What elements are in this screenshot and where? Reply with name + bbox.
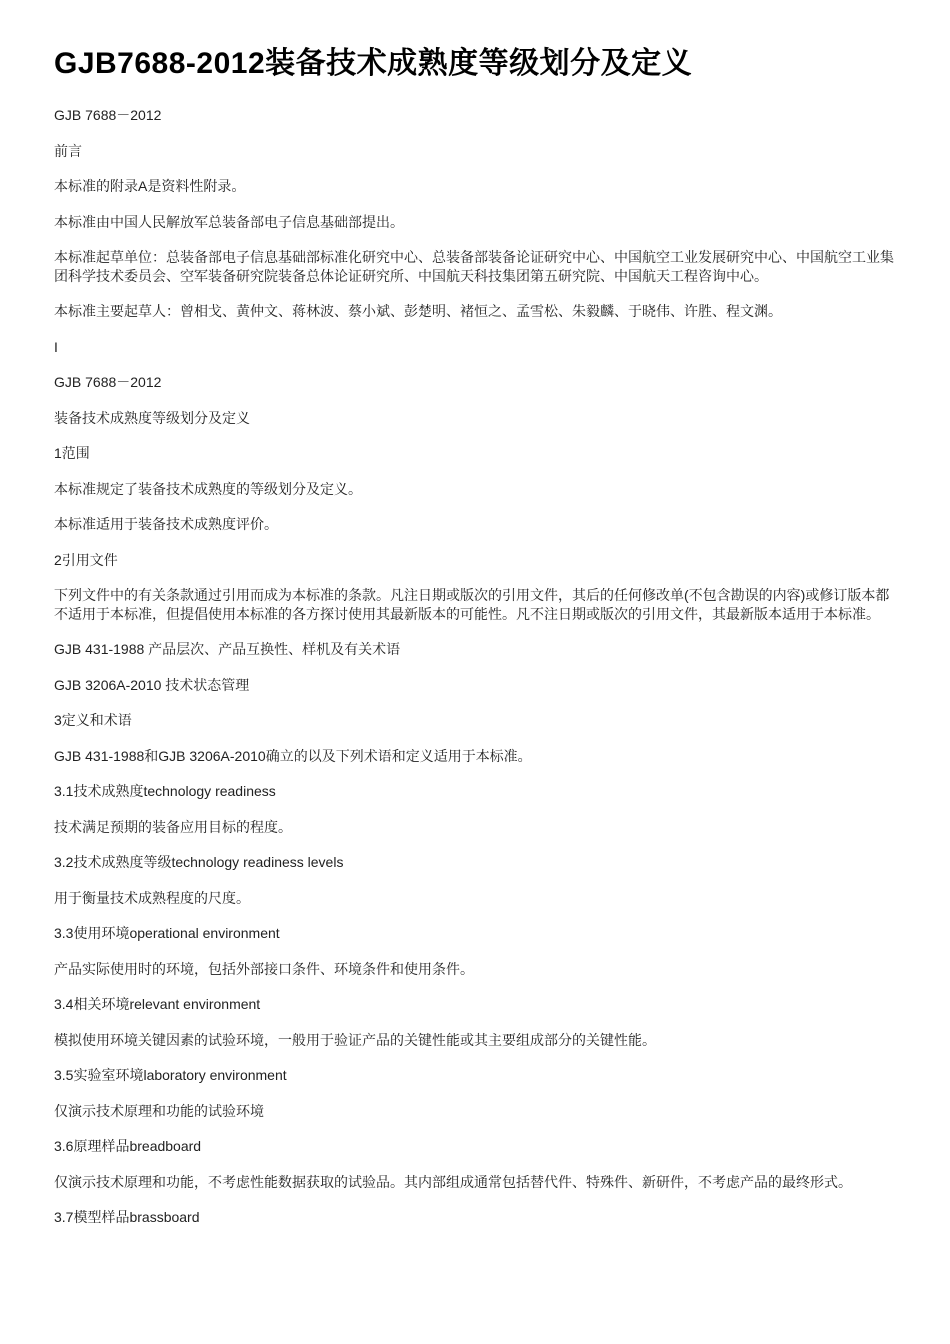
standard-name: 装备技术成熟度等级划分及定义 [54, 409, 899, 428]
section-1-content-a: 本标准规定了装备技术成熟度的等级划分及定义。 [54, 480, 899, 499]
document-title: GJB7688-2012装备技术成熟度等级划分及定义 [54, 44, 692, 84]
foreword-drafting-units: 本标准起草单位：总装备部电子信息基础部标准化研究中心、总装备部装备论证研究中心、… [54, 248, 899, 285]
section-1-heading: 1范围 [54, 444, 899, 463]
standard-number-repeat: GJB 7688－2012 [54, 373, 899, 392]
term-3-5-definition: 仅演示技术原理和功能的试验环境 [54, 1102, 899, 1121]
standard-number: GJB 7688－2012 [54, 106, 899, 125]
term-3-4-definition: 模拟使用环境关键因素的试验环境，一般用于验证产品的关键性能或其主要组成部分的关键… [54, 1031, 899, 1050]
term-3-4-heading: 3.4相关环境relevant environment [54, 995, 899, 1014]
term-3-6-definition: 仅演示技术原理和功能，不考虑性能数据获取的试验品。其内部组成通常包括替代件、特殊… [54, 1173, 899, 1192]
term-3-5-heading: 3.5实验室环境laboratory environment [54, 1066, 899, 1085]
section-1-content-b: 本标准适用于装备技术成熟度评价。 [54, 515, 899, 534]
section-2-heading: 2引用文件 [54, 551, 899, 570]
page-number-roman: I [54, 338, 899, 357]
section-3-heading: 3定义和术语 [54, 711, 899, 730]
section-2-content: 下列文件中的有关条款通过引用而成为本标准的条款。凡注日期或版次的引用文件，其后的… [54, 586, 899, 623]
term-3-2-definition: 用于衡量技术成熟程度的尺度。 [54, 889, 899, 908]
reference-gjb-431: GJB 431-1988 产品层次、产品互换性、样机及有关术语 [54, 640, 899, 659]
document-page: GJB7688-2012装备技术成熟度等级划分及定义 GJB 7688－2012… [0, 0, 950, 1344]
term-3-1-definition: 技术满足预期的装备应用目标的程度。 [54, 818, 899, 837]
term-3-7-heading: 3.7模型样品brassboard [54, 1208, 899, 1227]
foreword-drafters: 本标准主要起草人：曾相戈、黄仲文、蒋林波、蔡小斌、彭楚明、褚恒之、孟雪松、朱毅麟… [54, 302, 899, 321]
term-3-1-heading: 3.1技术成熟度technology readiness [54, 782, 899, 801]
reference-gjb-3206a: GJB 3206A-2010 技术状态管理 [54, 676, 899, 695]
foreword-appendix-note: 本标准的附录A是资料性附录。 [54, 177, 899, 196]
term-3-3-definition: 产品实际使用时的环境，包括外部接口条件、环境条件和使用条件。 [54, 960, 899, 979]
section-foreword-heading: 前言 [54, 142, 899, 161]
section-3-intro: GJB 431-1988和GJB 3206A-2010确立的以及下列术语和定义适… [54, 747, 899, 766]
document-body: GJB 7688－2012 前言 本标准的附录A是资料性附录。 本标准由中国人民… [54, 106, 899, 1244]
term-3-3-heading: 3.3使用环境operational environment [54, 924, 899, 943]
term-3-6-heading: 3.6原理样品breadboard [54, 1137, 899, 1156]
foreword-proposer: 本标准由中国人民解放军总装备部电子信息基础部提出。 [54, 213, 899, 232]
term-3-2-heading: 3.2技术成熟度等级technology readiness levels [54, 853, 899, 872]
